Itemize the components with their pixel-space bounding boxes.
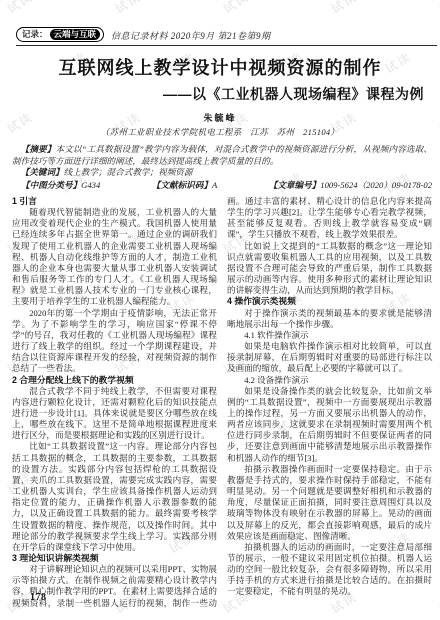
- author-affiliation: （苏州工业职业技术学院机电工程系 江苏 苏州 215104）: [0, 126, 440, 138]
- abstract-label: 【摘要】: [21, 144, 56, 154]
- section-heading-4: 4 操作演示类视频: [227, 296, 432, 307]
- doc-code-label: 【文献标识码】: [152, 180, 212, 190]
- abstract-text: 本文以“工具数据设置”教学内容为载体，对混合式教学中的视频资源进行分析，从视频内…: [12, 144, 432, 166]
- article-id: 【文章编号】1009-5624（2020）09-0178-02: [269, 180, 432, 192]
- body-paragraph: 比如说上文提到的“工具数据的概念”这一理论知识点就需要收集机器人工具的应用视频，…: [227, 241, 432, 297]
- section-heading-1: 1 引言: [12, 196, 217, 207]
- badge-tag: 云端与互联: [50, 29, 101, 40]
- clc-number: 【中图分类号】G434: [21, 180, 100, 192]
- journal-header: 记录： 云端与互联 信息记录材料 2020年9月 第21卷第9期: [16, 27, 437, 46]
- body-paragraph: 对于操作演示类的视频最基本的要求就是能够清晰地展示出每一个操作步骤。: [227, 308, 432, 330]
- badge-label: 记录：: [22, 29, 48, 40]
- body-paragraph: 混合式教学不同于纯线上教学，不但需要对课程内容进行颗粒化设计，还需对颗粒化后的知…: [12, 386, 217, 442]
- clc-value: G434: [81, 180, 100, 190]
- body-paragraph: 如果是电脑软件操作演示相对比较简单，可以直接录制屏幕，在后期剪辑时对重要的局部进…: [227, 341, 432, 374]
- body-paragraph: 2020年的第一个学期由于疫情影响，无法正常开学。为了不影响学生的学习，响应国家…: [12, 308, 217, 375]
- abstract: 【摘要】本文以“工具数据设置”教学内容为载体，对混合式教学中的视频资源进行分析，…: [12, 144, 432, 167]
- subsection-heading-4-2: 4.2 设备操作演示: [227, 375, 432, 386]
- author-name: 朱毓峰: [0, 111, 440, 124]
- keywords-text: 线上教学；混合式教学；视频资源: [64, 167, 193, 177]
- body-paragraph: 随着现代智能制造业的发展，工业机器人的大量应用改变着现代企业的生产模式。我国机器…: [12, 207, 217, 307]
- section-heading-2: 2 合理分配线上线下的教学视频: [12, 375, 217, 386]
- keywords-label: 【关键词】: [21, 167, 64, 177]
- document-code: 【文献标识码】A: [152, 180, 217, 192]
- page-content: 记录： 云端与互联 信息记录材料 2020年9月 第21卷第9期 互联网线上教学…: [0, 0, 440, 610]
- doc-code-value: A: [212, 180, 217, 190]
- body-paragraph: 拍摄机器人的运动的画面时，一定要注意局部细节的展示，一般不建议采用固定机位拍摄。…: [227, 542, 432, 598]
- body-paragraph: 拍摄示教器操作画面时一定要保持稳定。由于示教器是手持式的，要求操作时保持手部稳定…: [227, 464, 432, 542]
- clc-label: 【中图分类号】: [21, 180, 81, 190]
- article-body: 1 引言 随着现代智能制造业的发展，工业机器人的大量应用改变着现代企业的生产模式…: [12, 196, 432, 610]
- page-number: 178: [30, 592, 47, 603]
- section-heading-3: 3 理论知识讲解类视频: [12, 553, 217, 564]
- keywords: 【关键词】线上教学；混合式教学；视频资源: [12, 167, 432, 179]
- article-id-label: 【文章编号】: [269, 180, 321, 190]
- category-badge: 记录： 云端与互联: [16, 27, 104, 42]
- article-id-value: 1009-5624（2020）09-0178-02: [320, 180, 432, 190]
- paper-page: 试读试读试读试读试读试读试读试读试读试读试读试读试读试读试读试读试读试读试读试读…: [0, 0, 440, 620]
- article-subtitle: ——以《工业机器人现场编程》课程为例: [0, 84, 440, 104]
- body-paragraph: 如果是设备操作类的就会比较复杂，比如前文举例的“工具数据设置”，视频中一方面要展…: [227, 386, 432, 464]
- article-title: 互联网线上教学设计中视频资源的制作: [0, 54, 440, 80]
- article-meta: 【摘要】本文以“工具数据设置”教学内容为载体，对混合式教学中的视频资源进行分析，…: [12, 144, 432, 191]
- classification-row: 【中图分类号】G434 【文献标识码】A 【文章编号】1009-5624（202…: [12, 180, 432, 192]
- journal-issue-info: 信息记录材料 2020年9月 第21卷第9期: [111, 29, 271, 42]
- body-paragraph: 比如“工具数据设置”这一内容。理论部分内容包括工具数据的概念，工具数据的主要参数…: [12, 441, 217, 553]
- subsection-heading-4-1: 4.1 软件操作演示: [227, 330, 432, 341]
